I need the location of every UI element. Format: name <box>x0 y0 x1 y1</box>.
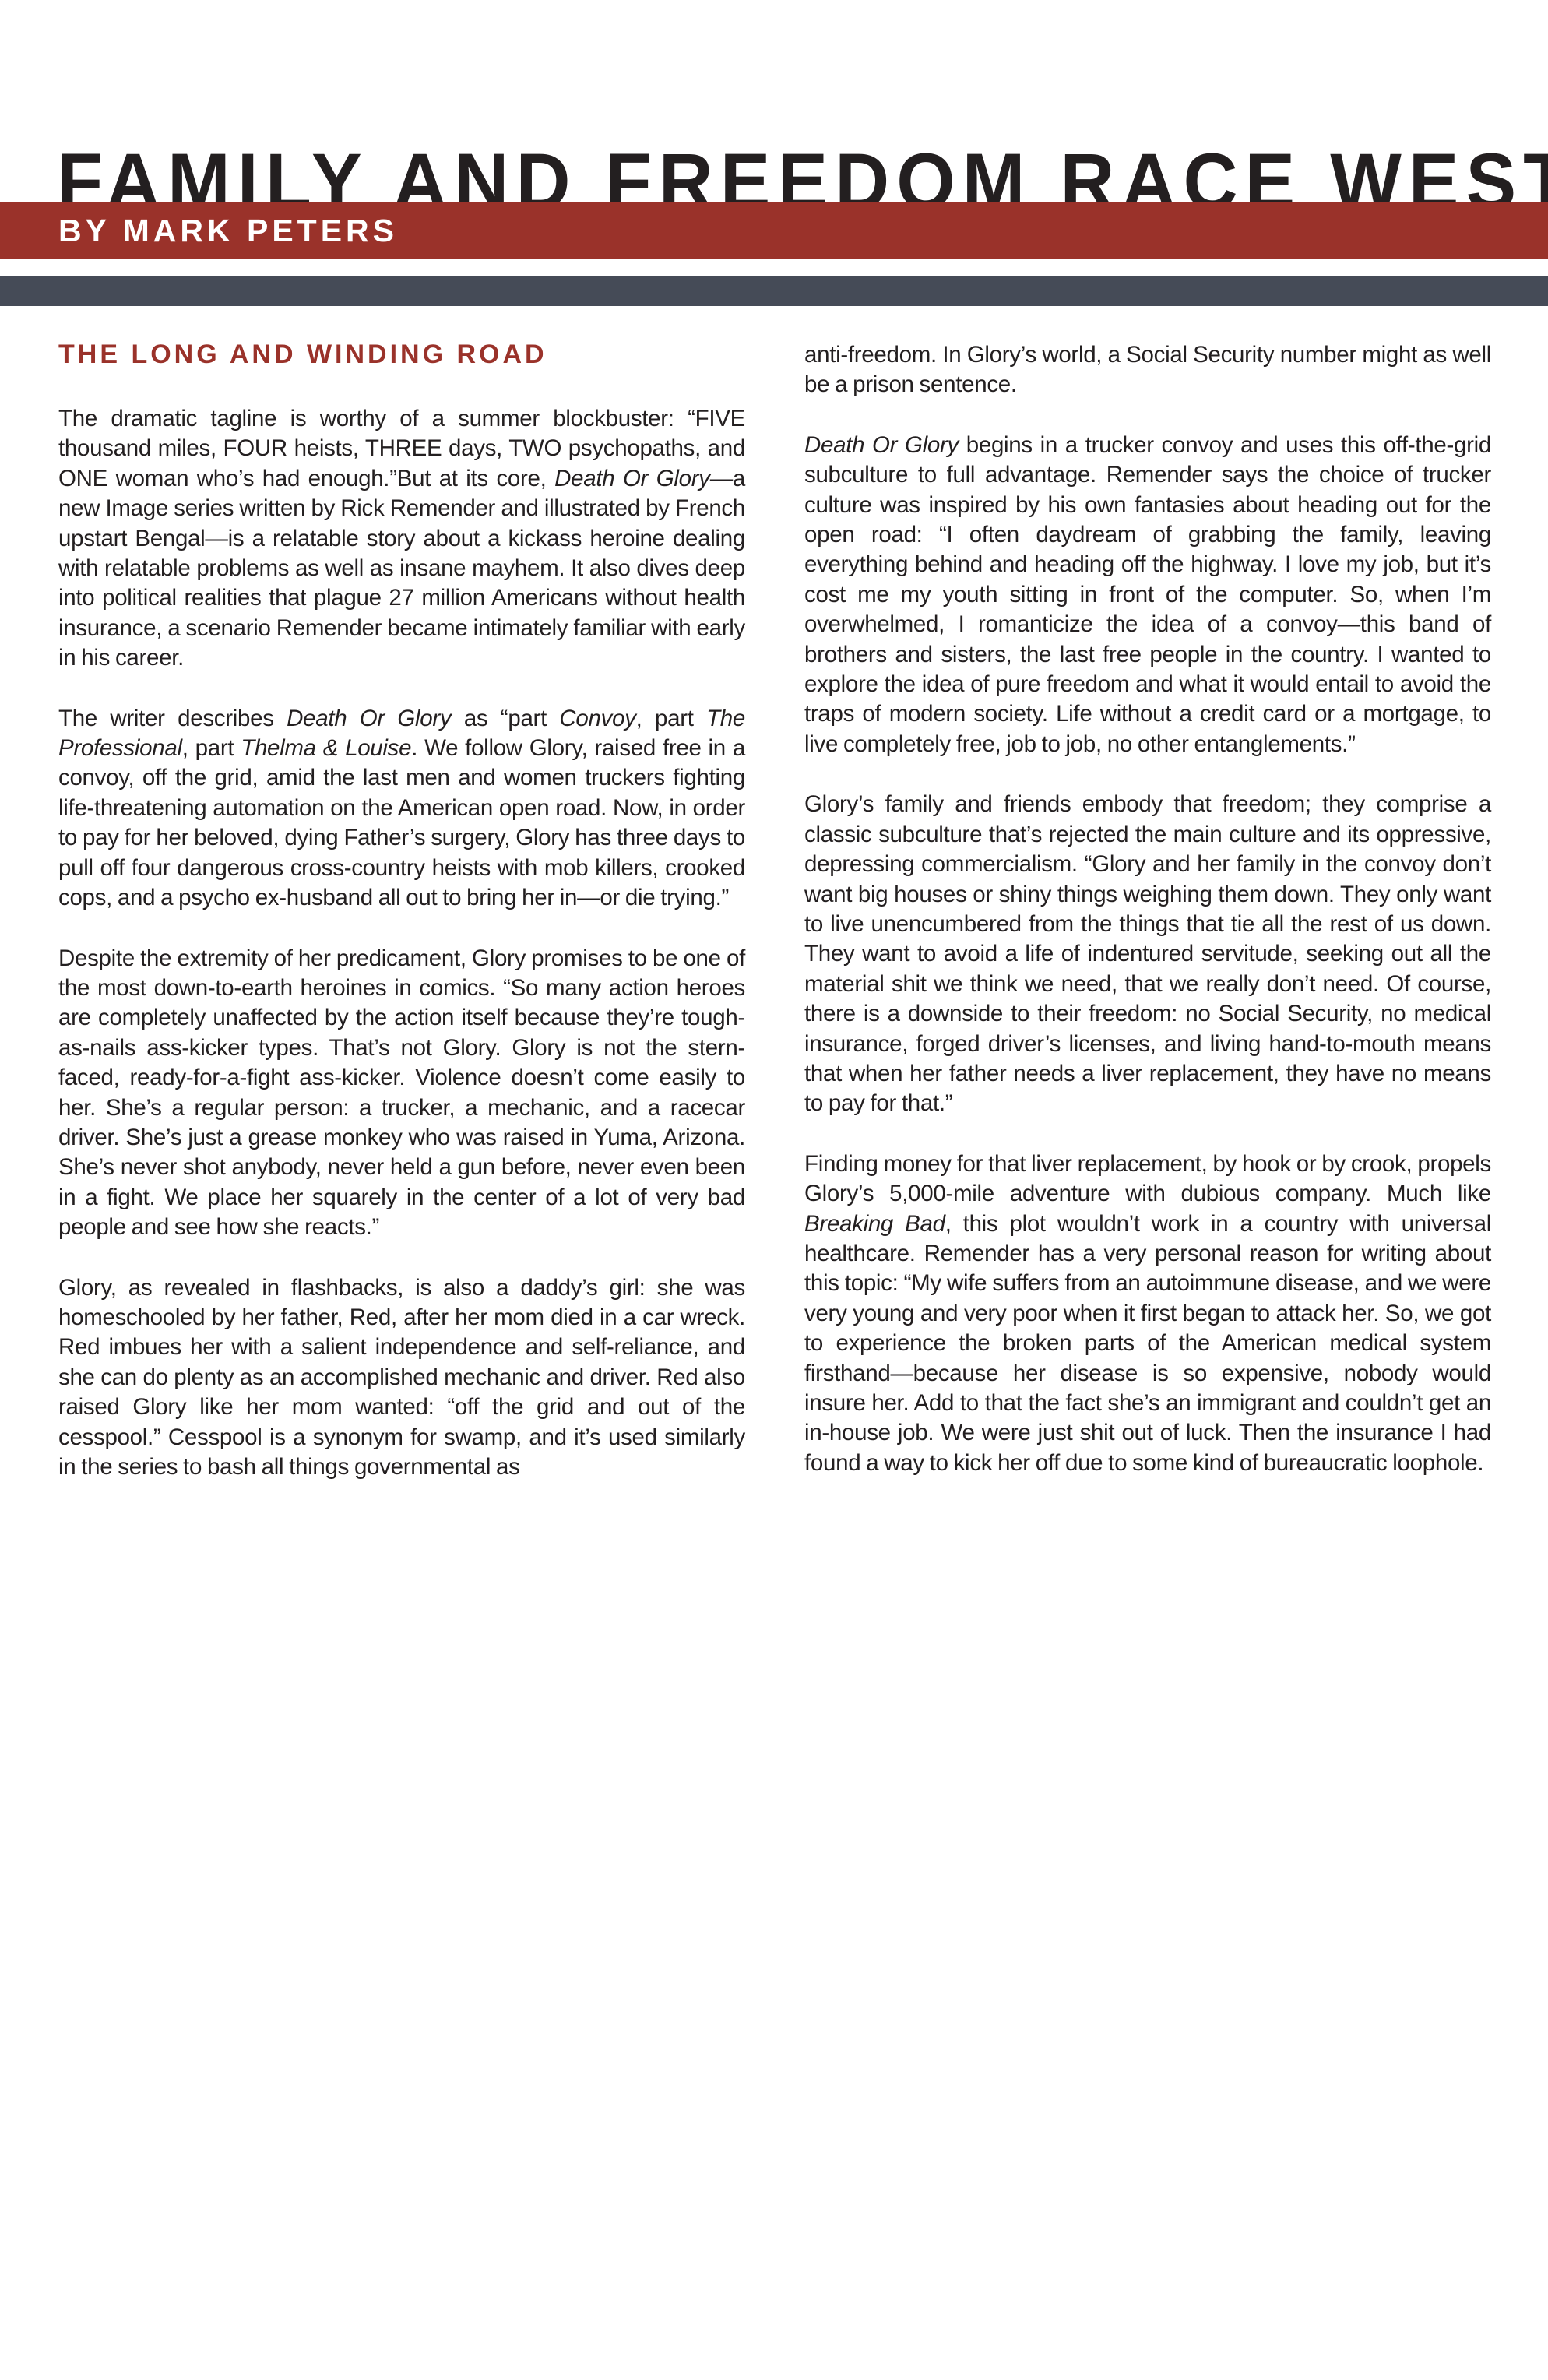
article-paragraph: Despite the extremity of her predicament… <box>58 944 745 1243</box>
italic-text: Death Or Glory <box>804 432 959 458</box>
body-text: Glory, as revealed in flashbacks, is als… <box>58 1275 745 1480</box>
right-column: anti-freedom. In Glory’s world, a Social… <box>804 340 1491 1482</box>
body-text: Finding money for that liver replacement… <box>804 1151 1491 1206</box>
left-column-paragraphs: The dramatic tagline is worthy of a summ… <box>58 404 745 1482</box>
body-text: , this plot wouldn’t work in a country w… <box>804 1211 1491 1476</box>
body-text: Despite the extremity of her predicament… <box>58 945 745 1241</box>
article-paragraph: The writer describes Death Or Glory as “… <box>58 704 745 914</box>
italic-text: Convoy <box>559 706 635 731</box>
section-heading: THE LONG AND WINDING ROAD <box>58 340 745 368</box>
right-column-paragraphs: anti-freedom. In Glory’s world, a Social… <box>804 340 1491 1478</box>
body-text: , part <box>636 706 706 731</box>
article-body: THE LONG AND WINDING ROAD The dramatic t… <box>58 340 1491 1482</box>
body-text: begins in a trucker convoy and uses this… <box>804 432 1491 757</box>
left-column: THE LONG AND WINDING ROAD The dramatic t… <box>58 340 745 1482</box>
article-paragraph: The dramatic tagline is worthy of a summ… <box>58 404 745 674</box>
article-paragraph: Death Or Glory begins in a trucker convo… <box>804 431 1491 759</box>
body-text: , part <box>182 735 241 761</box>
byline-text: BY MARK PETERS <box>58 202 1548 259</box>
article-paragraph: Glory, as revealed in flashbacks, is als… <box>58 1273 745 1483</box>
body-text: anti-freedom. In Glory’s world, a Social… <box>804 342 1491 397</box>
body-text: Glory’s family and friends embody that f… <box>804 791 1491 1116</box>
article-paragraph: anti-freedom. In Glory’s world, a Social… <box>804 340 1491 400</box>
italic-text: Death Or Glory <box>287 706 451 731</box>
italic-text: Thelma & Louise <box>241 735 411 761</box>
body-text: The writer describes <box>58 706 287 731</box>
magazine-page: FAMILY AND FREEDOM RACE WEST BY MARK PET… <box>0 0 1548 2380</box>
divider-bar <box>0 276 1548 306</box>
byline-bar: BY MARK PETERS <box>0 202 1548 259</box>
article-paragraph: Finding money for that liver replacement… <box>804 1150 1491 1478</box>
body-text: . We follow Glory, raised free in a conv… <box>58 735 745 910</box>
body-text: —a new Image series written by Rick Reme… <box>58 466 745 671</box>
italic-text: Death Or Glory <box>554 466 710 491</box>
article-paragraph: Glory’s family and friends embody that f… <box>804 790 1491 1118</box>
italic-text: Breaking Bad <box>804 1211 945 1237</box>
body-text: as “part <box>451 706 559 731</box>
